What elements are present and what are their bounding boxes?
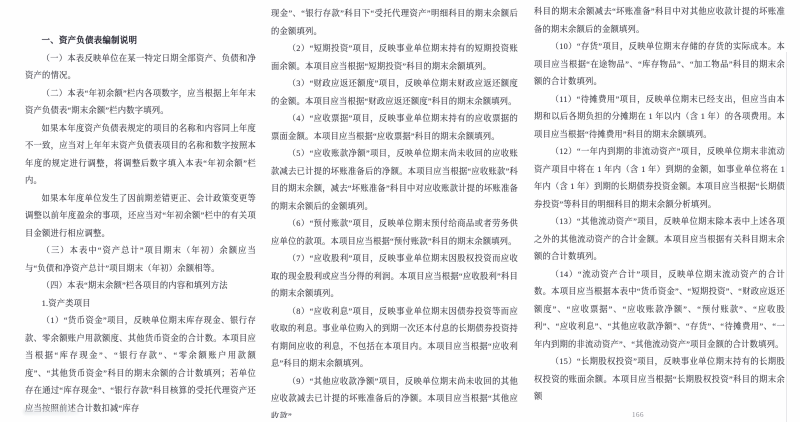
paragraph: （9）“其他应收款净额”项目，反映单位期末尚未收回的其他应收款减去已计提的坏账准… [271, 373, 518, 419]
paragraph: （8）“应收利息”项目，反映事业单位期末因债券投资等而应收取的利息。事业单位购入… [271, 303, 518, 373]
column-middle: 现金”、“银行存款”科目下“受托代理资产”明细科目的期末余额后的金额填列。 （2… [271, 5, 518, 418]
paragraph: （1）“货币资金”项目，反映单位期末库存现金、银行存款、零余额账户用款额度、其他… [25, 312, 256, 416]
paragraph: （13）“其他流动资产”项目，反映单位期末除本表中上述各项之外的其他流动资产的合… [534, 213, 785, 266]
paragraph: 科目的期末余额减去“坏账准备”科目中对其他应收款计提的坏账准备的期末余额后的金额… [534, 3, 785, 38]
page-edge-line [786, 52, 787, 422]
section-heading: 一、资产负债表编制说明 [25, 32, 256, 50]
paragraph: （7）“应收股利”项目，反映事业单位期末因股权投资而应收取的现金股利或应当分得的… [271, 250, 518, 303]
paragraph: （二）本表“年初余额”栏内各项数字，应当根据上年年末资产负债表“期末余额”栏内数… [25, 85, 256, 120]
paragraph: （15）“长期股权投资”项目，反映事业单位期末持有的长期股权投资的账面余额。本项… [534, 353, 785, 406]
paragraph: （5）“应收账款净额”项目，反映单位期末尚未收回的应收账款减去已计提的坏账准备后… [271, 145, 518, 215]
paragraph: （14）“流动资产合计”项目，反映单位期末流动资产的合计数。本项目应当根据本表中… [534, 266, 785, 354]
paragraph: （6）“预付账款”项目，反映单位期末预付给商品或者劳务供应单位的款项。本项目应当… [271, 215, 518, 250]
paragraph: （4）“应收票据”项目，反映事业单位期末持有的应收票据的票面金额。本项目应当根据… [271, 110, 518, 145]
paragraph: 如果本年度单位发生了因前期差错更正、会计政策变更等调整以前年度盈余的事项，还应当… [25, 190, 256, 243]
paragraph: （三）本表中“资产总计”项目期末（年初）余额应当与“负债和净资产总计”项目期末（… [25, 242, 256, 277]
paragraph: 如果本年度资产负债表规定的项目的名称和内容同上年度不一致，应当对上年年末资产负债… [25, 120, 256, 190]
paragraph: （一）本表反映单位在某一特定日期全部资产、负债和净资产的情况。 [25, 50, 256, 85]
paragraph: （11）“待摊费用”项目，反映单位期末已经支出，但应当由本期和以后各期负担的分摊… [534, 91, 785, 144]
paragraph: （10）“存货”项目，反映单位期末存储的存货的实际成本。本项目应当根据“在途物品… [534, 38, 785, 91]
paragraph: （3）“财政应返还额度”项目，反映单位期末财政应返还额度的金额。本项目应当根据“… [271, 75, 518, 110]
page-number: 166 [626, 411, 650, 420]
paragraph: （四）本表“期末余额”栏各项目的内容和填列方法 [25, 277, 256, 295]
balance-sheet-notes-page: 一、资产负债表编制说明 （一）本表反映单位在某一特定日期全部资产、负债和净资产的… [0, 0, 800, 422]
paragraph: （12）“一年内到期的非流动资产”项目，反映单位期末非流动资产项目中将在 1 年… [534, 143, 785, 213]
paragraph: 1.资产类项目 [25, 295, 256, 313]
column-right: 科目的期末余额减去“坏账准备”科目中对其他应收款计提的坏账准备的期末余额后的金额… [534, 3, 785, 411]
paragraph: （2）“短期投资”项目，反映事业单位期末持有的短期投资账面余额。本项目应当根据“… [271, 40, 518, 75]
footer-smudge [23, 408, 79, 415]
paragraph: 现金”、“银行存款”科目下“受托代理资产”明细科目的期末余额后的金额填列。 [271, 5, 518, 40]
column-left: 一、资产负债表编制说明 （一）本表反映单位在某一特定日期全部资产、负债和净资产的… [25, 32, 256, 416]
